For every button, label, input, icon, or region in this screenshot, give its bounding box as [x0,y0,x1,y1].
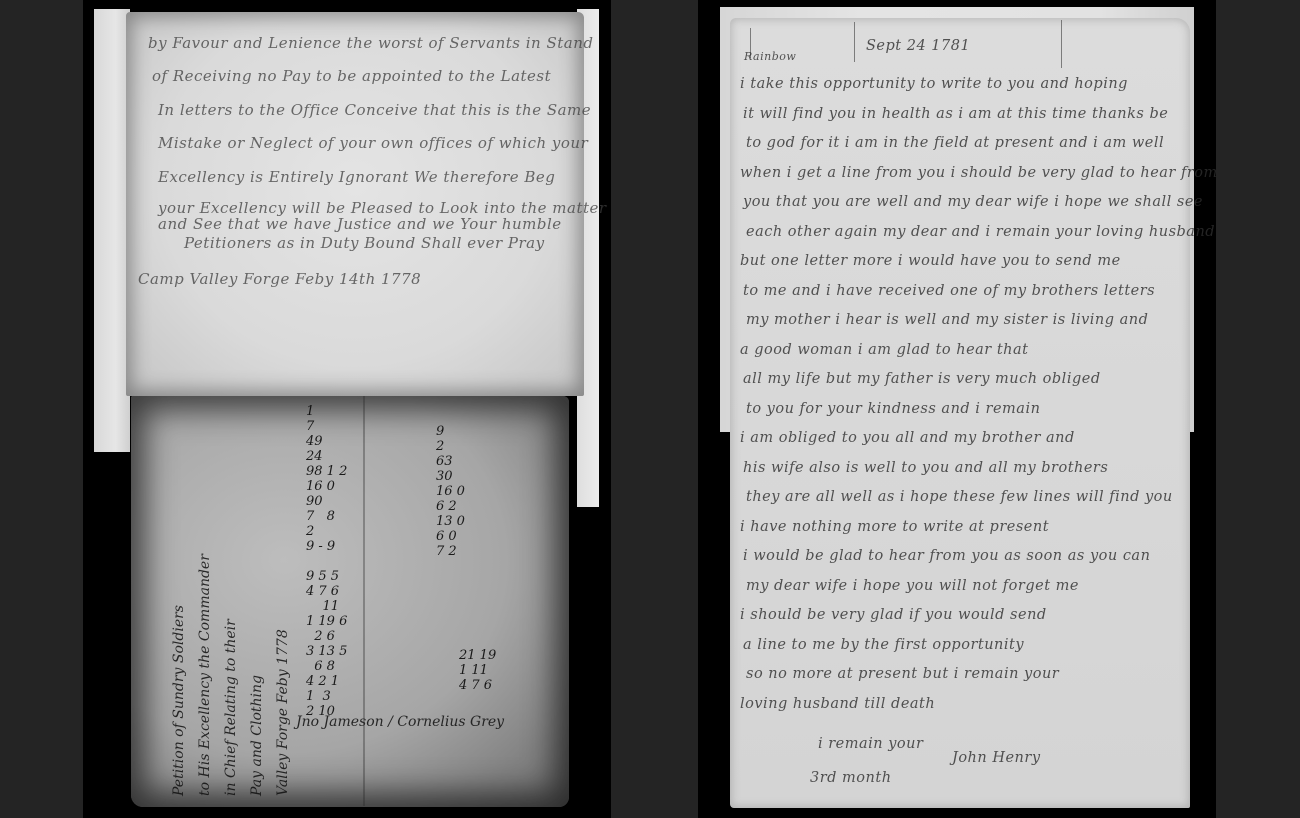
text-line: to god for it i am in the field at prese… [746,135,1164,151]
signatures: Jno Jameson / Cornelius Grey [296,714,504,730]
text-line: by Favour and Lenience the worst of Serv… [148,34,593,52]
left-document-lower-half: Petition of Sundry Soldiers to His Excel… [131,396,569,807]
margin-rule [854,22,855,62]
letter-header: Rainbow [744,50,796,63]
left-document-upper-half: by Favour and Lenience the worst of Serv… [126,12,584,396]
text-line: when i get a line from you i should be v… [740,165,1218,181]
endorsement-line: in Chief Relating to their [223,619,239,796]
text-line: they are all well as i hope these few li… [746,489,1173,505]
right-document-letter: Rainbow Sept 24 1781 i take this opportu… [730,18,1190,808]
text-line: it will find you in health as i am at th… [743,106,1168,122]
text-line: but one letter more i would have you to … [740,253,1121,269]
text-line: a line to me by the first opportunity [743,637,1024,653]
text-line: to me and i have received one of my brot… [743,283,1155,299]
text-line: i should be very glad if you would send [740,607,1047,623]
text-line: Excellency is Entirely Ignorant We there… [158,168,555,186]
text-line: my mother i hear is well and my sister i… [746,312,1148,328]
text-line: i take this opportunity to write to you … [740,76,1128,92]
text-line: i have nothing more to write at present [740,519,1049,535]
text-line: loving husband till death [740,696,935,712]
postscript: 3rd month [810,770,892,786]
text-line: i would be glad to hear from you as soon… [743,548,1150,564]
signature: John Henry [952,750,1041,766]
text-line: his wife also is well to you and all my … [743,460,1108,476]
text-line: Petitioners as in Duty Bound Shall ever … [184,234,545,252]
endorsement-line: Valley Forge Feby 1778 [275,629,291,796]
left-document-scan: by Favour and Lenience the worst of Serv… [83,0,611,818]
fold-crease [363,396,365,806]
arithmetic-figures-column: 1 7 49 24 98 1 2 16 0 90 7 8 2 9 - 9 9 5… [306,404,347,719]
arithmetic-figures-column: 21 19 1 11 4 7 6 [459,648,496,693]
text-line: my dear wife i hope you will not forget … [746,578,1079,594]
margin-rule [1061,20,1062,68]
text-line: each other again my dear and i remain yo… [746,224,1215,240]
text-line: and See that we have Justice and we Your… [158,215,562,233]
text-line: to you for your kindness and i remain [746,401,1040,417]
endorsement-line: to His Excellency the Commander [197,554,213,796]
right-document-scan: Rainbow Sept 24 1781 i take this opportu… [698,0,1216,818]
letter-date: Sept 24 1781 [866,38,970,54]
text-line: of Receiving no Pay to be appointed to t… [152,67,551,85]
text-line: Mistake or Neglect of your own offices o… [158,134,588,152]
text-line: In letters to the Office Conceive that t… [158,101,591,119]
text-line: you that you are well and my dear wife i… [743,194,1203,210]
closing: i remain your [818,736,923,752]
text-line: all my life but my father is very much o… [743,371,1101,387]
endorsement-line: Petition of Sundry Soldiers [171,605,187,796]
endorsement-line: Pay and Clothing [249,675,265,796]
dateline: Camp Valley Forge Feby 14th 1778 [138,270,421,288]
text-line: so no more at present but i remain your [746,666,1059,682]
arithmetic-figures-column: 9 2 63 30 16 0 6 2 13 0 6 0 7 2 [436,424,465,559]
text-line: i am obliged to you all and my brother a… [740,430,1075,446]
text-line: a good woman i am glad to hear that [740,342,1028,358]
left-document-underlay-sheet [94,9,130,452]
